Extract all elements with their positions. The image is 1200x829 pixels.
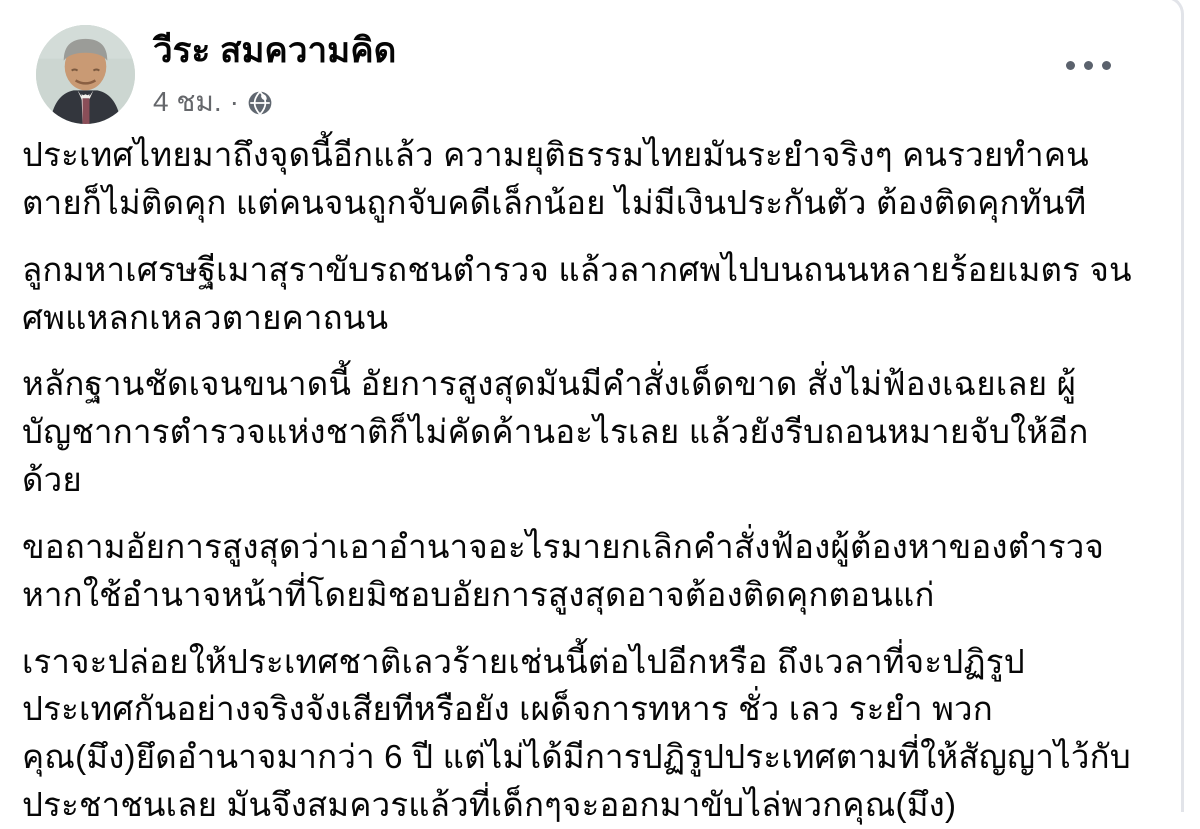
meta-separator: ·: [230, 86, 239, 118]
avatar-photo-placeholder: [36, 25, 135, 124]
post-header: วีระ สมความคิด 4 ชม. ·: [0, 3, 1181, 123]
ellipsis-icon: [1102, 61, 1111, 70]
ellipsis-icon: [1066, 61, 1075, 70]
post-paragraph: เราจะปล่อยให้ประเทศชาติเลวร้ายเช่นนี้ต่อ…: [22, 638, 1133, 808]
post-paragraph: ประเทศไทยมาถึงจุดนี้อีกแล้ว ความยุติธรรม…: [22, 131, 1133, 227]
timestamp[interactable]: 4 ชม.: [153, 80, 222, 124]
globe-icon: [247, 90, 273, 116]
post-header-text: วีระ สมความคิด 4 ชม. ·: [153, 25, 396, 124]
post-paragraph: หลักฐานชัดเจนขนาดนี้ อัยการสูงสุดมันมีคำ…: [22, 360, 1133, 504]
author-name[interactable]: วีระ สมความคิด: [153, 30, 396, 72]
post-paragraph: ลูกมหาเศรษฐีเมาสุราขับรถชนตำรวจ แล้วลากศ…: [22, 246, 1133, 342]
post-body: ประเทศไทยมาถึงจุดนี้อีกแล้ว ความยุติธรรม…: [0, 123, 1181, 808]
post-menu-button[interactable]: [1056, 51, 1121, 80]
post-paragraph: ขอถามอัยการสูงสุดว่าเอาอำนาจอะไรมายกเลิก…: [22, 523, 1133, 619]
post-meta-row: 4 ชม. ·: [153, 80, 396, 124]
facebook-post-card: วีระ สมความคิด 4 ชม. · ประเทศไทยมาถึงจุด…: [0, 0, 1184, 808]
avatar[interactable]: [36, 25, 135, 124]
ellipsis-icon: [1084, 61, 1093, 70]
page-background-strip: [1184, 0, 1200, 808]
